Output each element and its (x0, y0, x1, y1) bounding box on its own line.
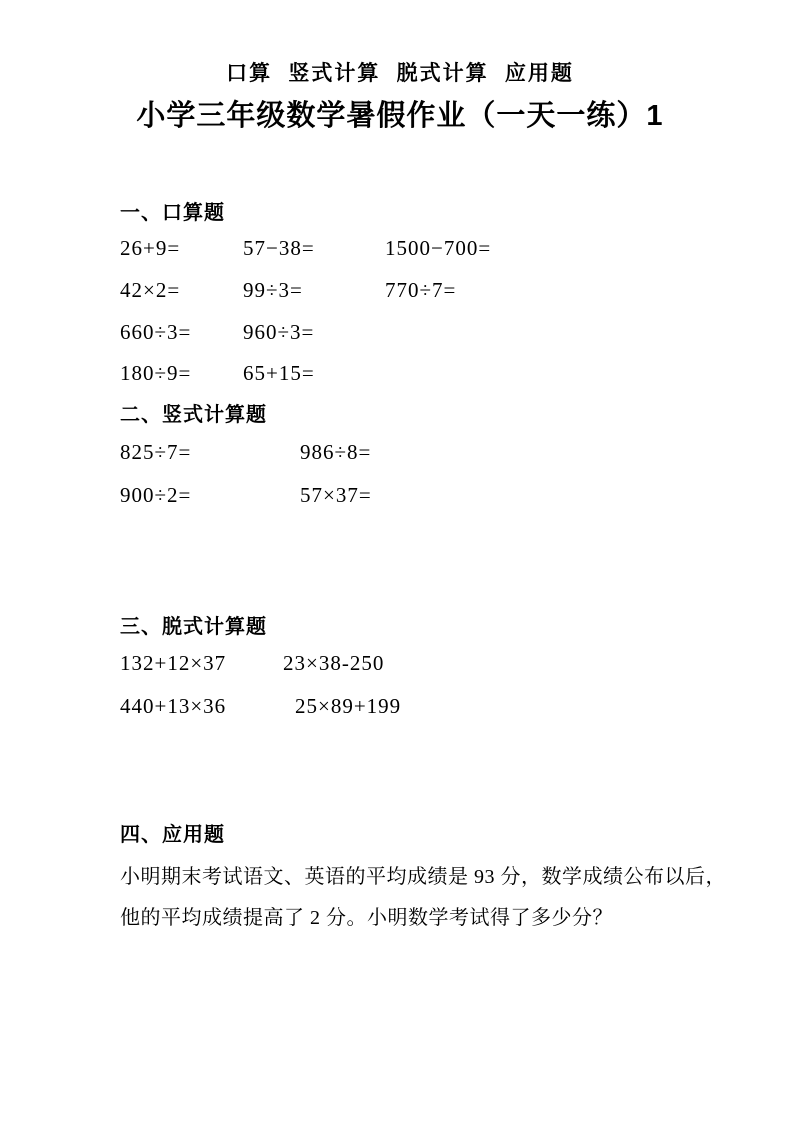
math-problem: 23×38-250 (283, 651, 384, 676)
math-problem: 132+12×37 (120, 651, 226, 676)
doc-subtitle: 口算 竖式计算 脱式计算 应用题 (0, 57, 800, 87)
word-problem-line: 他的平均成绩提高了 2 分。小明数学考试得了多少分？ (120, 901, 720, 930)
problem-row: 825÷7= 986÷8= (120, 440, 720, 466)
problem-row: 660÷3= 960÷3= (120, 320, 720, 346)
math-problem: 825÷7= (120, 440, 191, 465)
problem-row: 180÷9= 65+15= (120, 361, 720, 387)
doc-title: 小学三年级数学暑假作业（一天一练）1 (0, 93, 800, 134)
math-problem: 26+9= (120, 236, 180, 261)
math-problem: 900÷2= (120, 483, 191, 508)
math-problem: 25×89+199 (295, 694, 401, 719)
word-problem-line: 小明期末考试语文、英语的平均成绩是 93 分，数学成绩公布以后， (120, 860, 720, 889)
worksheet-page: 口算 竖式计算 脱式计算 应用题 小学三年级数学暑假作业（一天一练）1 一、口算… (0, 0, 800, 1131)
problem-row: 42×2= 99÷3= 770÷7= (120, 278, 720, 304)
math-problem: 440+13×36 (120, 694, 226, 719)
section-heading-vertical: 二、竖式计算题 (120, 398, 267, 427)
problem-row: 132+12×37 23×38-250 (120, 651, 720, 677)
math-problem: 57×37= (300, 483, 372, 508)
math-problem: 1500−700= (385, 236, 491, 261)
math-problem: 986÷8= (300, 440, 371, 465)
math-problem: 660÷3= (120, 320, 191, 345)
math-problem: 42×2= (120, 278, 180, 303)
math-problem: 770÷7= (385, 278, 456, 303)
section-heading-word: 四、应用题 (120, 818, 225, 847)
problem-row: 440+13×36 25×89+199 (120, 694, 720, 720)
math-problem: 180÷9= (120, 361, 191, 386)
section-heading-stepwise: 三、脱式计算题 (120, 610, 267, 639)
math-problem: 57−38= (243, 236, 315, 261)
problem-row: 26+9= 57−38= 1500−700= (120, 236, 720, 262)
math-problem: 960÷3= (243, 320, 314, 345)
math-problem: 65+15= (243, 361, 315, 386)
section-heading-oral: 一、口算题 (120, 196, 225, 225)
problem-row: 900÷2= 57×37= (120, 483, 720, 509)
math-problem: 99÷3= (243, 278, 303, 303)
